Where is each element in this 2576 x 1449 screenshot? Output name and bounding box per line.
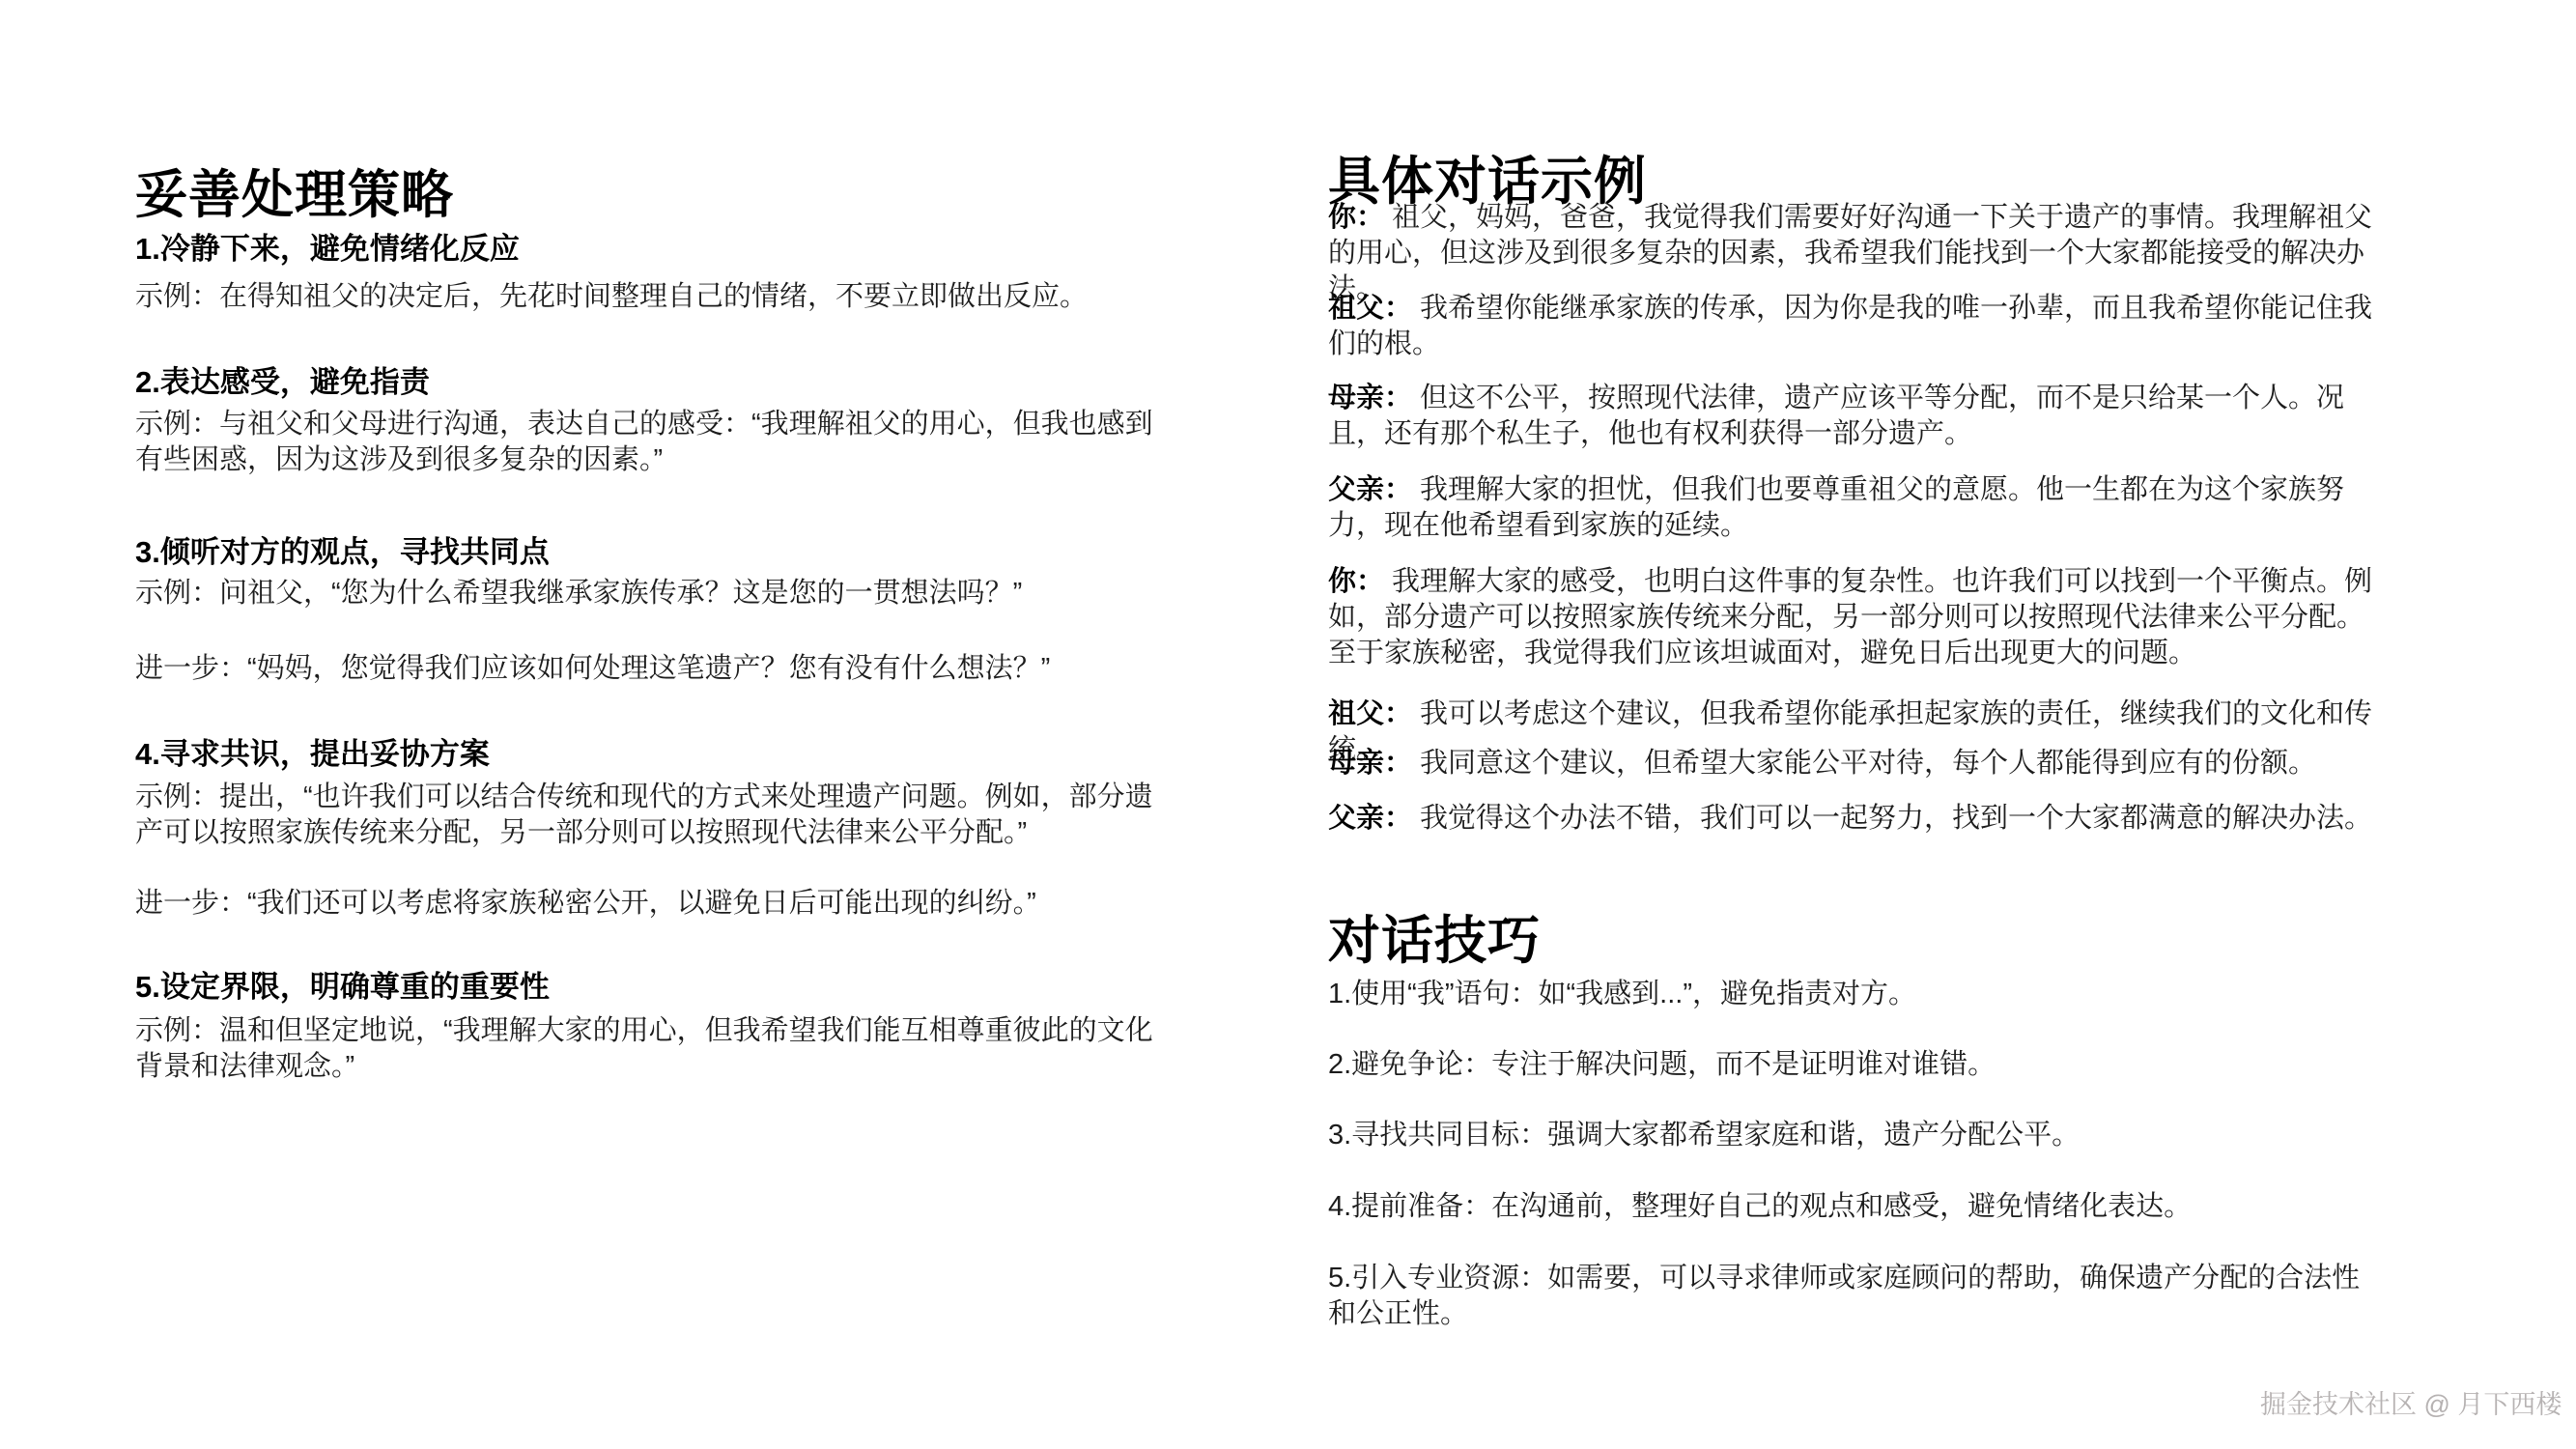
strategy-4-example: 示例：提出，“也许我们可以结合传统和现代的方式来处理遗产问题。例如，部分遗产可以… [135, 780, 1178, 851]
speaker-mother: 母亲： [1328, 748, 1412, 779]
speaker-mother: 母亲： [1328, 383, 1412, 413]
tip-item-1: 1.使用“我”语句：如“我感到...”，避免指责对方。 [1328, 977, 2383, 1012]
dialog-text: 我理解大家的担忧，但我们也要尊重祖父的意愿。他一生都在为这个家族努力，现在他希望… [1328, 474, 2344, 541]
strategy-4-followup: 进一步：“我们还可以考虑将家族秘密公开，以避免日后可能出现的纠纷。” [135, 886, 1178, 922]
tip-item-5: 5.引入专业资源：如需要，可以寻求律师或家庭顾问的帮助，确保遗产分配的合法性和公… [1328, 1261, 2383, 1332]
speaker-father: 父亲： [1328, 474, 1412, 505]
tip-item-3: 3.寻找共同目标：强调大家都希望家庭和谐，遗产分配公平。 [1328, 1118, 2383, 1153]
dialog-text: 我理解大家的感受，也明白这件事的复杂性。也许我们可以找到一个平衡点。例如，部分遗… [1328, 566, 2372, 668]
dialog-text: 我希望你能继承家族的传承，因为你是我的唯一孙辈，而且我希望你能记住我们的根。 [1328, 293, 2372, 359]
dialog-text: 我觉得这个办法不错，我们可以一起努力，找到一个大家都满意的解决办法。 [1420, 803, 2372, 834]
dialog-line: 祖父：我希望你能继承家族的传承，因为你是我的唯一孙辈，而且我希望你能记住我们的根… [1328, 291, 2383, 362]
speaker-you: 你： [1328, 202, 1384, 233]
speaker-grandfather: 祖父： [1328, 698, 1412, 729]
document-page: { "left": { "title": "妥善处理策略", "sections… [0, 0, 2576, 1449]
watermark-credit: 掘金技术社区 @ 月下西楼 [2260, 1383, 2560, 1421]
tip-item-4: 4.提前准备：在沟通前，整理好自己的观点和感受，避免情绪化表达。 [1328, 1189, 2383, 1225]
dialog-line: 你：我理解大家的感受，也明白这件事的复杂性。也许我们可以找到一个平衡点。例如，部… [1328, 564, 2383, 671]
speaker-you: 你： [1328, 566, 1384, 597]
dialog-text: 但这不公平，按照现代法律，遗产应该平等分配，而不是只给某一个人。况且，还有那个私… [1328, 383, 2344, 449]
strategy-1-heading: 1.冷静下来，避免情绪化反应 [135, 231, 1178, 267]
strategy-2-example: 示例：与祖父和父母进行沟通，表达自己的感受：“我理解祖父的用心，但我也感到有些困… [135, 407, 1178, 478]
strategy-5-example: 示例：温和但坚定地说，“我理解大家的用心，但我希望我们能互相尊重彼此的文化背景和… [135, 1013, 1178, 1085]
dialog-line: 母亲：但这不公平，按照现代法律，遗产应该平等分配，而不是只给某一个人。况且，还有… [1328, 381, 2383, 452]
tip-item-2: 2.避免争论：专注于解决问题，而不是证明谁对谁错。 [1328, 1047, 2383, 1083]
strategy-1-example: 示例：在得知祖父的决定后，先花时间整理自己的情绪，不要立即做出反应。 [135, 279, 1178, 315]
strategy-3-heading: 3.倾听对方的观点，寻找共同点 [135, 534, 1178, 570]
tips-title: 对话技巧 [1328, 912, 2383, 970]
dialog-line: 父亲：我觉得这个办法不错，我们可以一起努力，找到一个大家都满意的解决办法。 [1328, 801, 2383, 837]
strategies-title: 妥善处理策略 [135, 166, 1178, 224]
dialog-text: 我同意这个建议，但希望大家能公平对待，每个人都能得到应有的份额。 [1420, 748, 2316, 779]
dialog-text: 祖父，妈妈，爸爸，我觉得我们需要好好沟通一下关于遗产的事情。我理解祖父的用心，但… [1328, 202, 2372, 304]
dialog-line: 母亲：我同意这个建议，但希望大家能公平对待，每个人都能得到应有的份额。 [1328, 746, 2383, 781]
strategy-3-followup: 进一步：“妈妈，您觉得我们应该如何处理这笔遗产？您有没有什么想法？” [135, 651, 1178, 687]
speaker-grandfather: 祖父： [1328, 293, 1412, 324]
strategy-5-heading: 5.设定界限，明确尊重的重要性 [135, 969, 1178, 1005]
strategy-3-example: 示例：问祖父，“您为什么希望我继承家族传承？这是您的一贯想法吗？” [135, 576, 1178, 611]
strategy-4-heading: 4.寻求共识，提出妥协方案 [135, 736, 1178, 772]
dialog-line: 父亲：我理解大家的担忧，但我们也要尊重祖父的意愿。他一生都在为这个家族努力，现在… [1328, 472, 2383, 544]
speaker-father: 父亲： [1328, 803, 1412, 834]
strategy-2-heading: 2.表达感受，避免指责 [135, 364, 1178, 400]
